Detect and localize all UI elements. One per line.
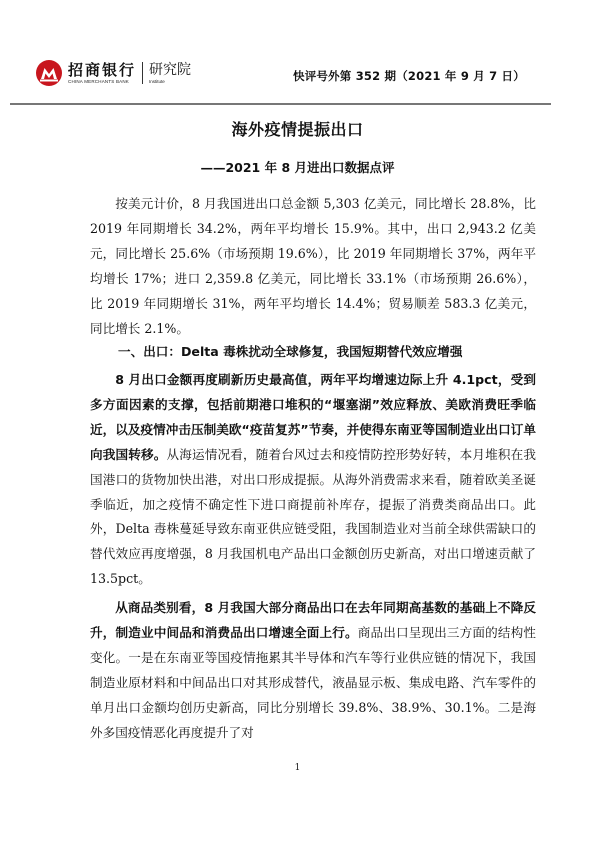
institute-name-en: Institute (149, 79, 191, 85)
cmb-logo-icon (36, 60, 62, 86)
summary-text: 按美元计价，8 月我国进出口总金额 5,303 亿美元，同比增长 28.8%，比… (90, 196, 536, 336)
bank-name-cn: 招商银行 (68, 61, 136, 79)
export-overview-body: 从海运情况看，随着台风过去和疫情防控形势好转，本月堆积在我国港口的货物加快出港，… (90, 447, 536, 587)
bank-name-en: CHINA MERCHANTS BANK (68, 79, 136, 85)
summary-paragraph: 按美元计价，8 月我国进出口总金额 5,303 亿美元，同比增长 28.8%，比… (90, 192, 536, 341)
logo-divider (142, 62, 143, 84)
issue-label: 快评号外第 352 期（2021 年 9 月 7 日） (293, 68, 525, 84)
page-number: 1 (0, 763, 595, 773)
header-divider (10, 103, 551, 105)
cmb-logo: 招商银行 CHINA MERCHANTS BANK 研究院 Institute (36, 60, 191, 86)
export-category-body: 商品出口呈现出三方面的结构性变化。一是在东南亚等国疫情拖累其半导体和汽车等行业供… (90, 625, 536, 740)
section-heading: 一、出口：Delta 毒株扰动全球修复，我国短期替代效应增强 (118, 341, 462, 360)
document-title: 海外疫情提振出口 (0, 117, 595, 140)
page-header: 招商银行 CHINA MERCHANTS BANK 研究院 Institute … (0, 0, 595, 110)
document-subtitle: ——2021 年 8 月进出口数据点评 (0, 158, 595, 176)
export-overview-paragraph: 8 月出口金额再度刷新历史最高值，两年平均增速边际上升 4.1pct，受到多方面… (90, 368, 536, 592)
export-category-paragraph: 从商品类别看，8 月我国大部分商品出口在去年同期高基数的基础上不降反升，制造业中… (90, 596, 536, 745)
institute-name-cn: 研究院 (149, 61, 191, 79)
